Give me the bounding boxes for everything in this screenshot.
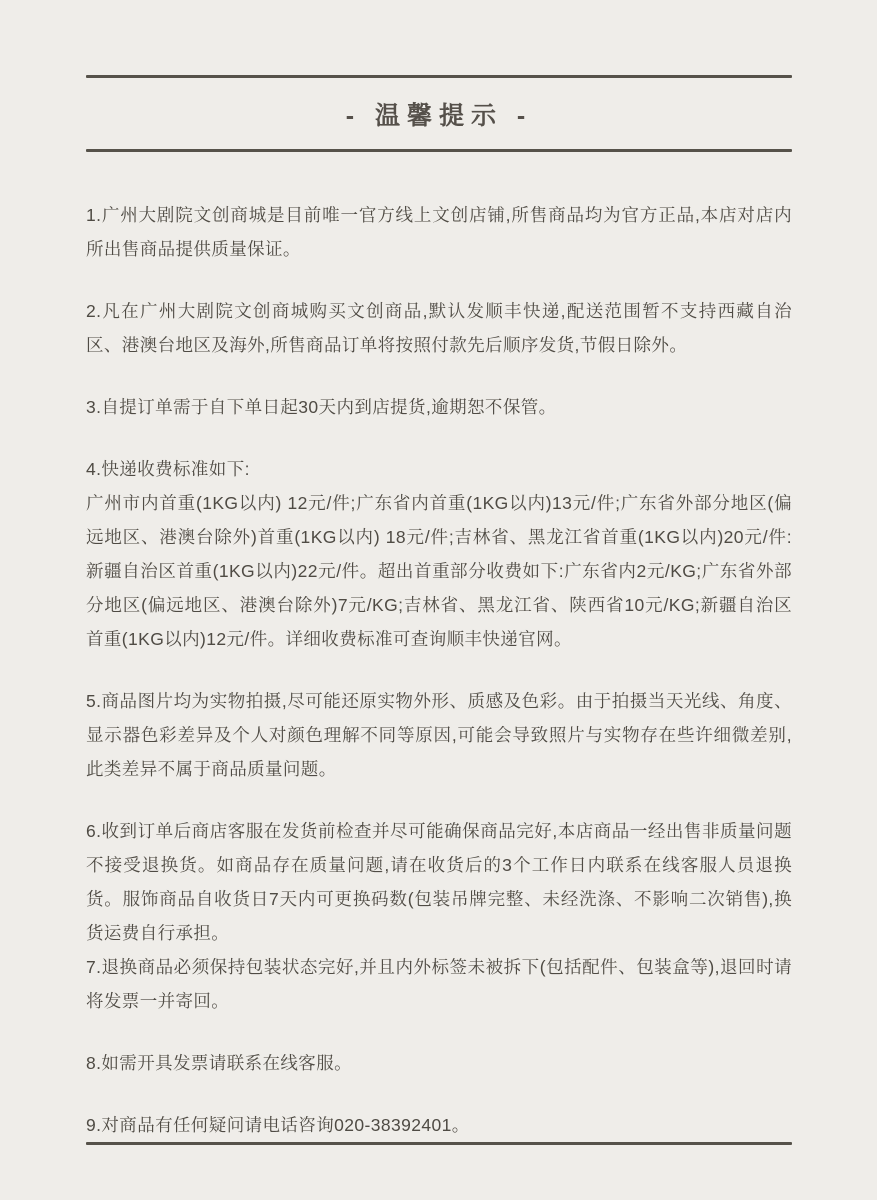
notice-paragraph-3: 3.自提订单需于自下单日起30天内到店提货,逾期恕不保管。 xyxy=(86,390,792,424)
notice-paragraph-5: 5.商品图片均为实物拍摄,尽可能还原实物外形、质感及色彩。由于拍摄当天光线、角度… xyxy=(86,684,792,786)
title-divider xyxy=(86,149,792,152)
notice-paragraph-9: 9.对商品有任何疑问请电话咨询020-38392401。 xyxy=(86,1108,792,1142)
notice-paragraph-4: 4.快递收费标准如下: 广州市内首重(1KG以内) 12元/件;广东省内首重(1… xyxy=(86,452,792,656)
notice-page: - 温馨提示 - 1.广州大剧院文创商城是目前唯一官方线上文创店铺,所售商品均为… xyxy=(0,0,877,1200)
notice-content: 1.广州大剧院文创商城是目前唯一官方线上文创店铺,所售商品均为官方正品,本店对店… xyxy=(86,198,792,1142)
notice-paragraph-2: 2.凡在广州大剧院文创商城购买文创商品,默认发顺丰快递,配送范围暂不支持西藏自治… xyxy=(86,294,792,362)
page-title-container: - 温馨提示 - xyxy=(86,78,792,149)
notice-paragraph-7: 7.退换商品必须保持包装状态完好,并且内外标签未被拆下(包括配件、包装盒等),退… xyxy=(86,950,792,1018)
bottom-divider xyxy=(86,1142,792,1145)
page-title: - 温馨提示 - xyxy=(346,96,533,132)
notice-paragraph-6: 6.收到订单后商店客服在发货前检查并尽可能确保商品完好,本店商品一经出售非质量问… xyxy=(86,814,792,950)
notice-paragraph-8: 8.如需开具发票请联系在线客服。 xyxy=(86,1046,792,1080)
notice-paragraph-1: 1.广州大剧院文创商城是目前唯一官方线上文创店铺,所售商品均为官方正品,本店对店… xyxy=(86,198,792,266)
